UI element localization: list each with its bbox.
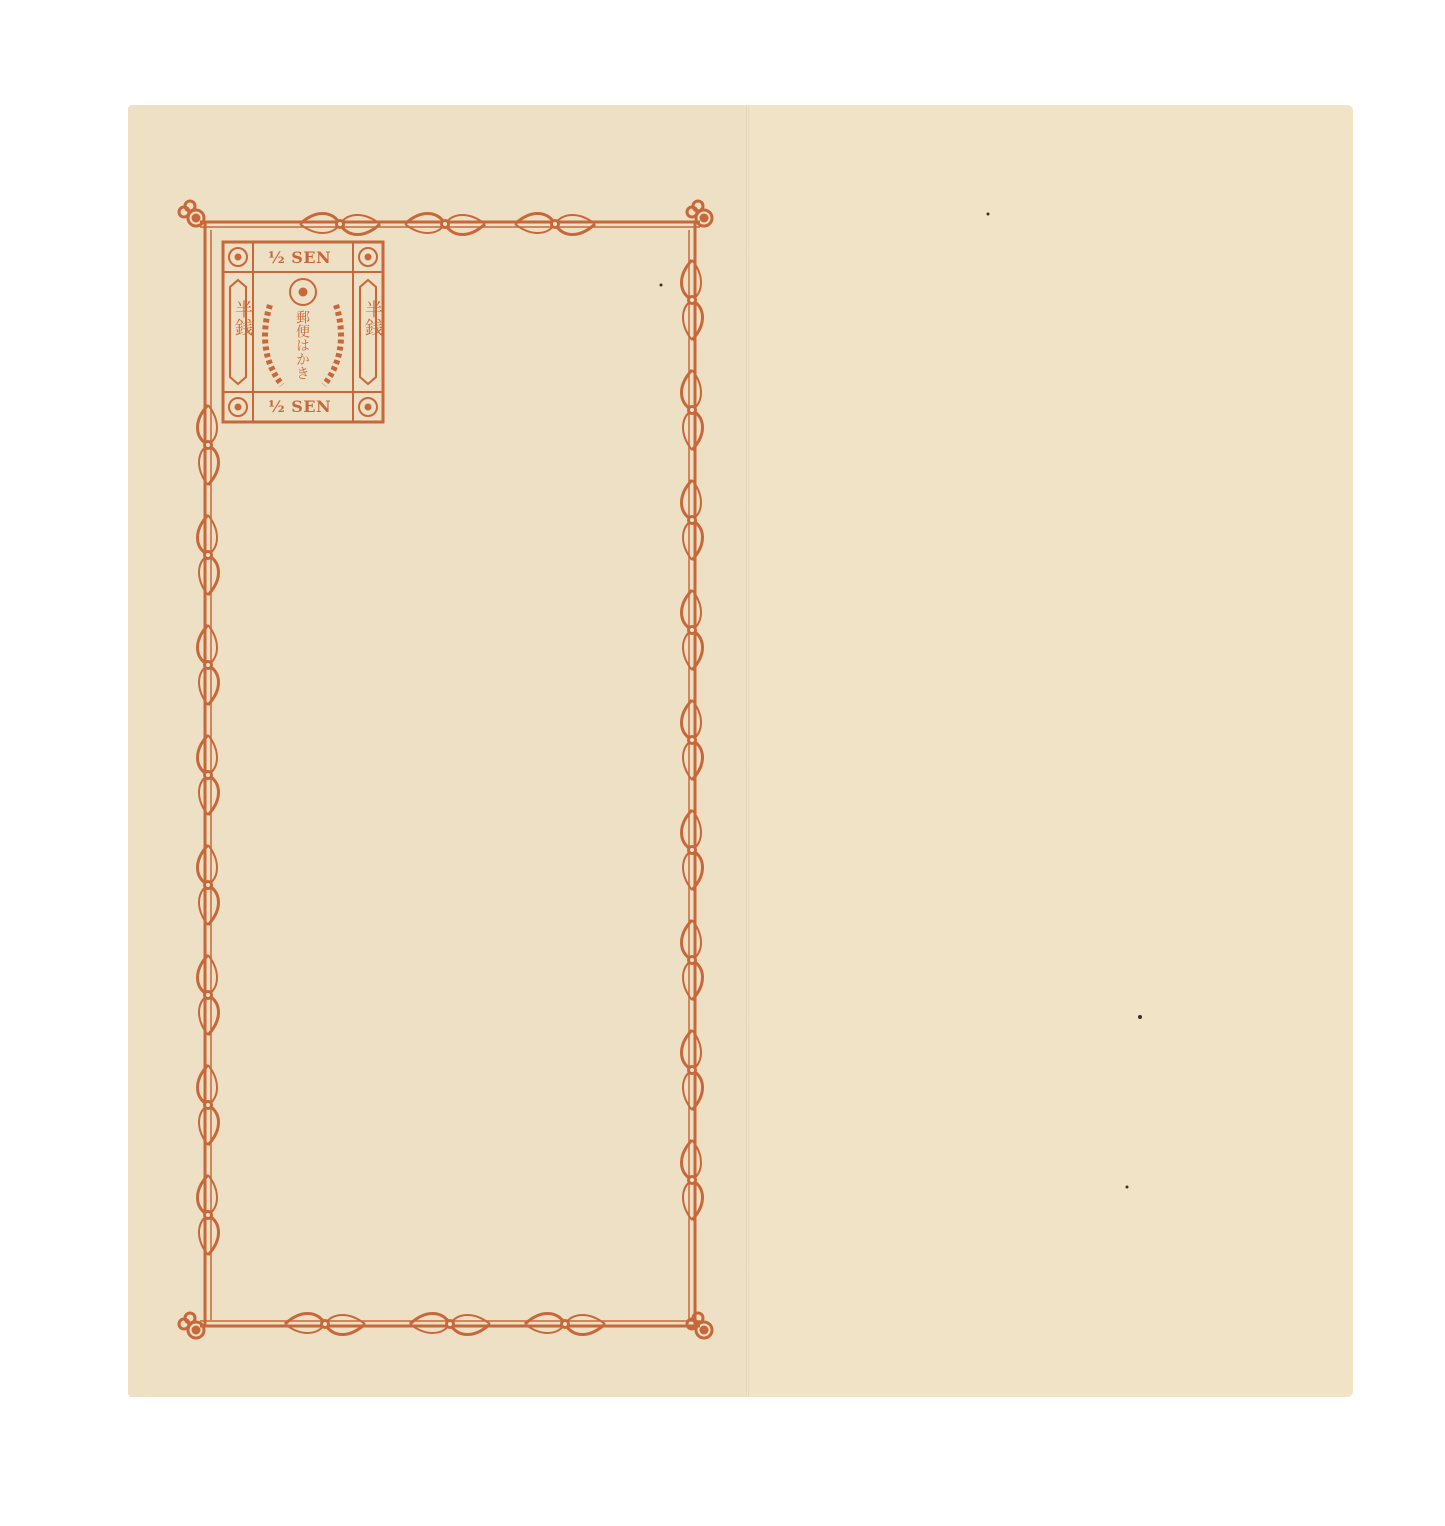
stamp-bottom-value: ½ SEN (268, 397, 331, 416)
stamp-top-value: ½ SEN (268, 248, 331, 267)
stamp-center-text: 郵便はかき (292, 310, 312, 380)
ornamental-border (0, 0, 1445, 1526)
stamp-left-text: 半銭 (229, 300, 255, 336)
stamp-right-text: 半銭 (359, 300, 385, 336)
